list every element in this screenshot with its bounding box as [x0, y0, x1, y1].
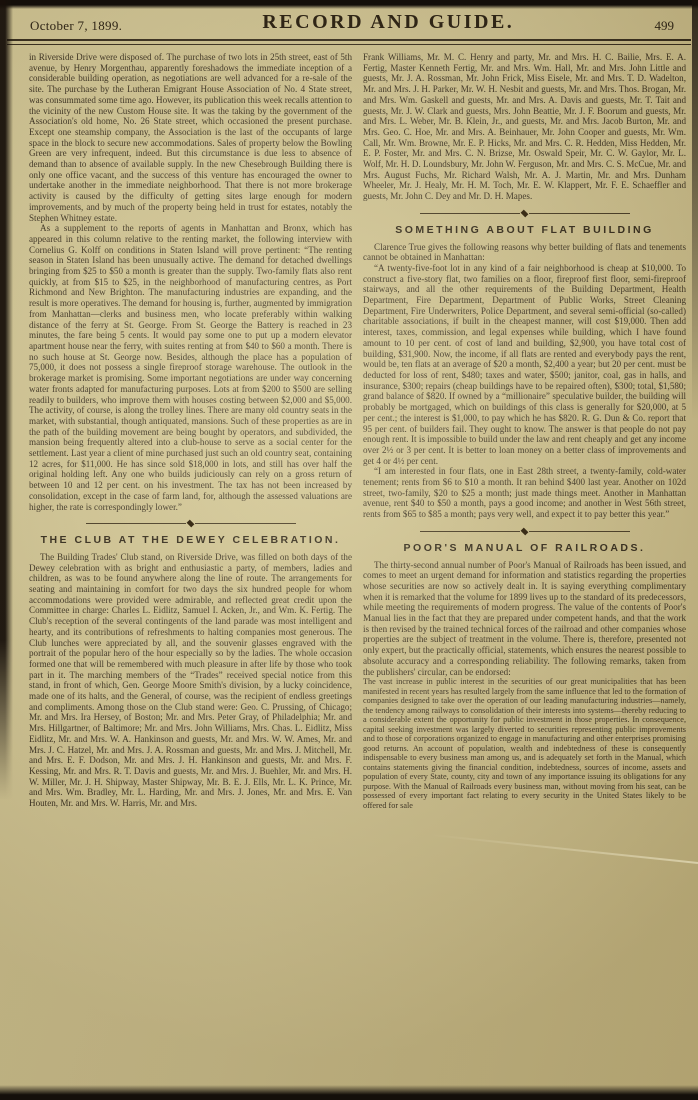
- divider-line: [529, 531, 630, 532]
- paragraph-staten-island-interview: As a supplement to the reports of agents…: [29, 223, 352, 512]
- divider-diamond-icon: [187, 520, 195, 528]
- scanned-newspaper-page: October 7, 1899. RECORD AND GUIDE. 499 i…: [0, 0, 698, 1100]
- divider-line: [420, 213, 521, 214]
- issue-date: October 7, 1899.: [30, 18, 122, 34]
- paragraph-flat-building-intro: Clarence True gives the following reason…: [363, 242, 686, 263]
- paragraph-riverside-sales: in Riverside Drive were disposed of. The…: [29, 52, 352, 223]
- divider-line: [420, 531, 521, 532]
- divider-diamond-icon: [521, 527, 529, 535]
- two-column-text: in Riverside Drive were disposed of. The…: [0, 45, 698, 810]
- scan-crease-artifact: [429, 834, 698, 864]
- right-column: Frank Williams, Mr. M. C. Henry and part…: [363, 52, 686, 810]
- publication-title: RECORD AND GUIDE.: [262, 11, 514, 34]
- heading-poors-manual: POOR'S MANUAL OF RAILROADS.: [363, 543, 686, 554]
- heading-dewey-celebration: THE CLUB AT THE DEWEY CELEBRATION.: [29, 535, 352, 546]
- heading-flat-building: SOMETHING ABOUT FLAT BUILDING: [363, 225, 686, 236]
- paragraph-flat-building-costs: “A twenty-five-foot lot in any kind of a…: [363, 263, 686, 466]
- section-divider: [420, 529, 630, 534]
- page-number: 499: [654, 18, 674, 34]
- page-edge-left: [0, 0, 13, 800]
- divider-diamond-icon: [521, 209, 529, 217]
- divider-line: [529, 213, 630, 214]
- paragraph-poors-manual-intro: The thirty-second annual number of Poor'…: [363, 560, 686, 678]
- paragraph-dewey-celebration: The Building Trades' Club stand, on Rive…: [29, 552, 352, 809]
- section-divider: [86, 521, 296, 526]
- paragraph-publishers-circular: The vast increase in public interest in …: [363, 677, 686, 810]
- paragraph-four-flats: “I am interested in four flats, one in E…: [363, 466, 686, 520]
- page-edge-bottom: [0, 1085, 698, 1100]
- divider-line: [195, 523, 296, 524]
- section-divider: [420, 211, 630, 216]
- page-edge-top: [0, 0, 698, 9]
- left-column: in Riverside Drive were disposed of. The…: [29, 52, 352, 810]
- page-edge-right: [692, 0, 698, 420]
- paragraph-guest-list-continued: Frank Williams, Mr. M. C. Henry and part…: [363, 52, 686, 202]
- divider-line: [86, 523, 187, 524]
